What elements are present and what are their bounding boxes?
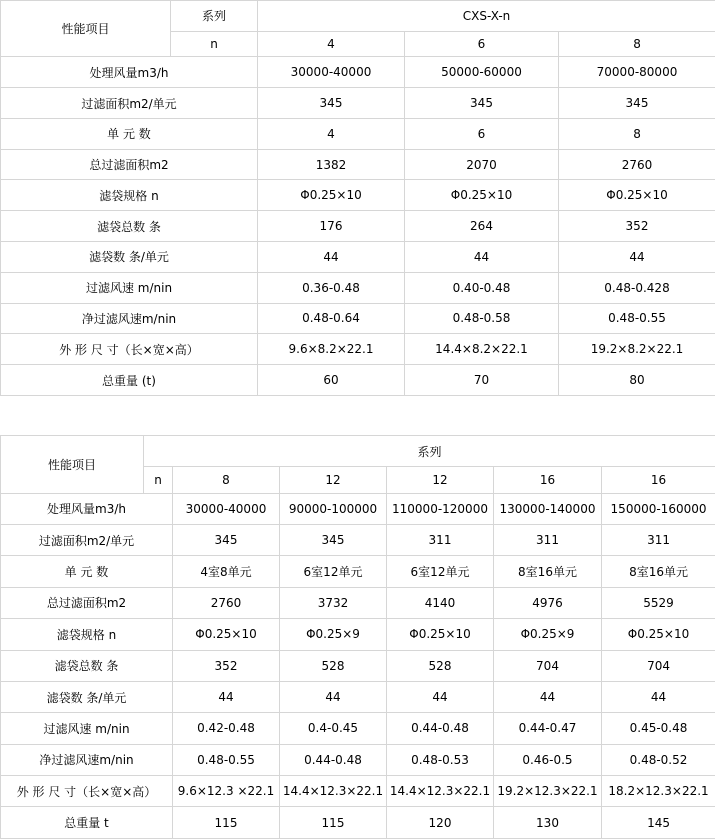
cell-value: 44 [494,681,602,712]
table-header-row: 性能项目 系列 CXS-X-n [1,1,715,32]
cell-value: Φ0.25×10 [602,619,715,650]
cell-value: 2760 [559,149,715,180]
row-label: 净过滤风速m/nin [1,744,173,775]
cell-value: 18.2×12.3×22.1 [602,776,715,807]
cell-value: 115 [280,807,387,839]
cell-value: 19.2×8.2×22.1 [559,334,715,365]
cell-value: 110000-120000 [387,493,494,524]
table-row: 总重量 t 115 115 120 130 145 [1,807,715,839]
row-label: 滤袋规格 n [1,180,258,211]
cell-value: 5529 [602,587,715,618]
table-row: 滤袋数 条/单元 44 44 44 [1,242,715,273]
row-label: 过滤风速 m/nin [1,713,173,744]
cell-value: 264 [405,211,559,242]
spec-sheet-page: 性能项目 系列 CXS-X-n n 4 6 8 处理风量m3/h 30000-4… [0,0,715,839]
cell-value: Φ0.25×10 [258,180,405,211]
table-header-row: 性能项目 系列 [1,436,715,467]
cell-value: 44 [258,242,405,273]
table-row: 滤袋数 条/单元 44 44 44 44 44 [1,681,715,712]
cell-value: 0.44-0.48 [387,713,494,744]
cell-value: 4室8单元 [173,556,280,587]
cell-value: 9.6×8.2×22.1 [258,334,405,365]
row-label: 单 元 数 [1,118,258,149]
table-row: 单 元 数 4 6 8 [1,118,715,149]
table-row: 处理风量m3/h 30000-40000 50000-60000 70000-8… [1,57,715,88]
series-header: 系列 [144,436,715,467]
cell-value: 44 [602,681,715,712]
cell-value: 528 [280,650,387,681]
cell-value: 4976 [494,587,602,618]
cell-value: 70 [405,365,559,396]
table-row: 处理风量m3/h 30000-40000 90000-100000 110000… [1,493,715,524]
cell-value: Φ0.25×10 [387,619,494,650]
cell-value: 311 [494,524,602,555]
cell-value: 8 [559,118,715,149]
cell-value: 145 [602,807,715,839]
cell-value: 14.4×8.2×22.1 [405,334,559,365]
table-row: 滤袋总数 条 352 528 528 704 704 [1,650,715,681]
row-label: 外 形 尺 寸（长×宽×高） [1,776,173,807]
cell-value: 345 [405,88,559,119]
cell-value: 0.36-0.48 [258,272,405,303]
perf-items-header: 性能项目 [1,436,144,494]
table-row: 滤袋总数 条 176 264 352 [1,211,715,242]
cell-value: 6 [405,118,559,149]
series-header: 系列 [171,1,258,32]
cell-value: 0.48-0.53 [387,744,494,775]
cell-value: 352 [559,211,715,242]
table-row: 外 形 尺 寸（长×宽×高） 9.6×8.2×22.1 14.4×8.2×22.… [1,334,715,365]
n-header: n [144,467,173,493]
cell-value: 0.48-0.428 [559,272,715,303]
cell-value: 0.44-0.48 [280,744,387,775]
cell-value: 44 [280,681,387,712]
row-label: 过滤面积m2/单元 [1,524,173,555]
n-value: 8 [173,467,280,493]
cell-value: 150000-160000 [602,493,715,524]
cell-value: 130000-140000 [494,493,602,524]
cell-value: Φ0.25×10 [173,619,280,650]
cell-value: 345 [173,524,280,555]
table-row: 滤袋规格 n Φ0.25×10 Φ0.25×9 Φ0.25×10 Φ0.25×9… [1,619,715,650]
row-label: 滤袋数 条/单元 [1,242,258,273]
cell-value: Φ0.25×10 [559,180,715,211]
spec-table-series: 性能项目 系列 n 8 12 12 16 16 处理风量m3/h 30000-4… [0,435,715,839]
row-label: 单 元 数 [1,556,173,587]
series-model-value: CXS-X-n [258,1,715,32]
row-label: 处理风量m3/h [1,493,173,524]
table-row: 过滤风速 m/nin 0.36-0.48 0.40-0.48 0.48-0.42… [1,272,715,303]
n-value: 12 [387,467,494,493]
cell-value: 3732 [280,587,387,618]
table-row: 净过滤风速m/nin 0.48-0.55 0.44-0.48 0.48-0.53… [1,744,715,775]
cell-value: 311 [387,524,494,555]
row-label: 滤袋总数 条 [1,650,173,681]
n-value: 16 [602,467,715,493]
cell-value: 0.48-0.55 [173,744,280,775]
n-value: 12 [280,467,387,493]
cell-value: 0.48-0.52 [602,744,715,775]
n-value: 6 [405,31,559,57]
table-row: 过滤面积m2/单元 345 345 345 [1,88,715,119]
cell-value: 345 [559,88,715,119]
n-value: 8 [559,31,715,57]
row-label: 滤袋规格 n [1,619,173,650]
cell-value: Φ0.25×9 [280,619,387,650]
table-row: 过滤面积m2/单元 345 345 311 311 311 [1,524,715,555]
cell-value: 2760 [173,587,280,618]
n-value: 16 [494,467,602,493]
row-label: 总重量 (t) [1,365,258,396]
cell-value: 90000-100000 [280,493,387,524]
cell-value: 8室16单元 [602,556,715,587]
cell-value: 44 [173,681,280,712]
cell-value: 704 [494,650,602,681]
cell-value: Φ0.25×10 [405,180,559,211]
table-row: 滤袋规格 n Φ0.25×10 Φ0.25×10 Φ0.25×10 [1,180,715,211]
table-row: 外 形 尺 寸（长×宽×高） 9.6×12.3 ×22.1 14.4×12.3×… [1,776,715,807]
cell-value: 311 [602,524,715,555]
row-label: 总重量 t [1,807,173,839]
cell-value: 120 [387,807,494,839]
row-label: 外 形 尺 寸（长×宽×高） [1,334,258,365]
cell-value: 60 [258,365,405,396]
cell-value: 44 [387,681,494,712]
cell-value: 4140 [387,587,494,618]
cell-value: 8室16单元 [494,556,602,587]
cell-value: 352 [173,650,280,681]
perf-items-header: 性能项目 [1,1,171,57]
row-label: 过滤面积m2/单元 [1,88,258,119]
cell-value: 0.48-0.64 [258,303,405,334]
cell-value: 30000-40000 [173,493,280,524]
cell-value: 19.2×12.3×22.1 [494,776,602,807]
row-label: 总过滤面积m2 [1,587,173,618]
table-row: 总过滤面积m2 2760 3732 4140 4976 5529 [1,587,715,618]
table-row: 过滤风速 m/nin 0.42-0.48 0.4-0.45 0.44-0.48 … [1,713,715,744]
cell-value: 80 [559,365,715,396]
cell-value: 115 [173,807,280,839]
row-label: 净过滤风速m/nin [1,303,258,334]
row-label: 滤袋数 条/单元 [1,681,173,712]
table-row: 总重量 (t) 60 70 80 [1,365,715,396]
cell-value: 0.4-0.45 [280,713,387,744]
cell-value: 4 [258,118,405,149]
table-row: 单 元 数 4室8单元 6室12单元 6室12单元 8室16单元 8室16单元 [1,556,715,587]
cell-value: 0.42-0.48 [173,713,280,744]
cell-value: 528 [387,650,494,681]
cell-value: 44 [559,242,715,273]
table-row: 总过滤面积m2 1382 2070 2760 [1,149,715,180]
cell-value: 0.45-0.48 [602,713,715,744]
cell-value: 2070 [405,149,559,180]
cell-value: 44 [405,242,559,273]
cell-value: 704 [602,650,715,681]
row-label: 处理风量m3/h [1,57,258,88]
cell-value: 14.4×12.3×22.1 [280,776,387,807]
table-row: 净过滤风速m/nin 0.48-0.64 0.48-0.58 0.48-0.55 [1,303,715,334]
cell-value: 0.48-0.55 [559,303,715,334]
cell-value: Φ0.25×9 [494,619,602,650]
cell-value: 14.4×12.3×22.1 [387,776,494,807]
cell-value: 0.40-0.48 [405,272,559,303]
cell-value: 6室12单元 [280,556,387,587]
cell-value: 176 [258,211,405,242]
cell-value: 9.6×12.3 ×22.1 [173,776,280,807]
cell-value: 345 [258,88,405,119]
row-label: 滤袋总数 条 [1,211,258,242]
cell-value: 345 [280,524,387,555]
spec-table-cxs: 性能项目 系列 CXS-X-n n 4 6 8 处理风量m3/h 30000-4… [0,0,715,396]
cell-value: 1382 [258,149,405,180]
n-header: n [171,31,258,57]
cell-value: 0.46-0.5 [494,744,602,775]
n-value: 4 [258,31,405,57]
cell-value: 0.44-0.47 [494,713,602,744]
cell-value: 70000-80000 [559,57,715,88]
cell-value: 50000-60000 [405,57,559,88]
cell-value: 6室12单元 [387,556,494,587]
cell-value: 0.48-0.58 [405,303,559,334]
cell-value: 30000-40000 [258,57,405,88]
row-label: 过滤风速 m/nin [1,272,258,303]
row-label: 总过滤面积m2 [1,149,258,180]
cell-value: 130 [494,807,602,839]
